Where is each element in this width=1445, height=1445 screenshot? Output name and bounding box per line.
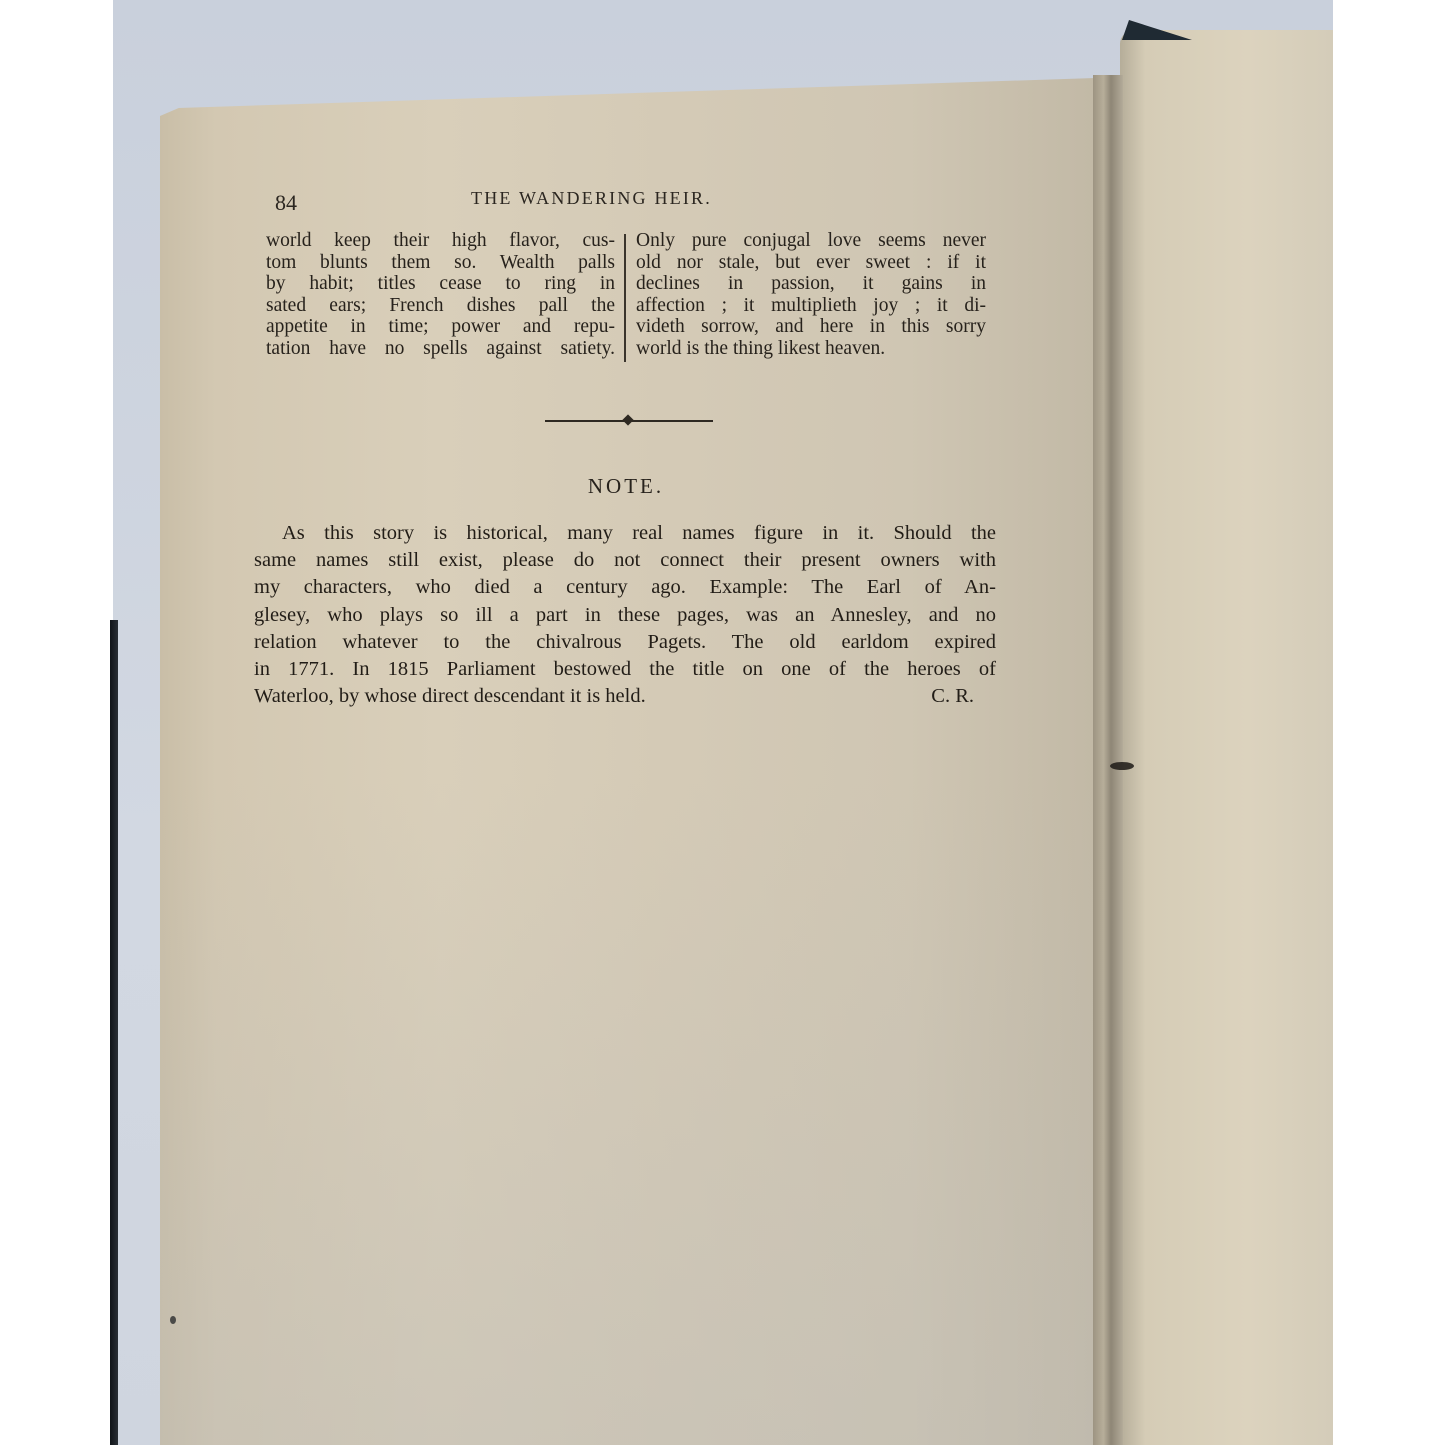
note-line: Waterloo, by whose direct descendant it …: [254, 685, 646, 707]
left-column: world keep their high flavor, cus- tom b…: [266, 230, 615, 360]
text-line: world is the thing likest heaven.: [636, 338, 986, 360]
author-signature: C. R.: [931, 683, 974, 710]
book-cover-edge: [110, 620, 118, 1445]
column-divider: [624, 234, 626, 362]
paper-speck: [170, 1316, 176, 1324]
page-number: 84: [275, 190, 297, 216]
text-line: sated ears; French dishes pall the: [266, 295, 615, 317]
text-line: affection ; it multiplieth joy ; it di-: [636, 295, 986, 317]
note-line: relation whatever to the chivalrous Page…: [254, 629, 996, 656]
note-line: same names still exist, please do not co…: [254, 547, 996, 574]
text-line: by habit; titles cease to ring in: [266, 273, 615, 295]
text-line: world keep their high flavor, cus-: [266, 230, 615, 252]
diamond-icon: [622, 414, 633, 425]
text-line: appetite in time; power and repu-: [266, 316, 615, 338]
running-head: 84 THE WANDERING HEIR.: [275, 186, 995, 216]
section-divider-ornament: [545, 416, 713, 426]
text-line: old nor stale, but ever sweet : if it: [636, 252, 986, 274]
note-body: As this story is historical, many real n…: [254, 520, 996, 710]
note-line: As this story is historical, many real n…: [254, 520, 996, 547]
text-line: videth sorrow, and here in this sorry: [636, 316, 986, 338]
text-line: tom blunts them so. Wealth palls: [266, 252, 615, 274]
page-shading: [160, 780, 1095, 1445]
book-gutter: [1093, 75, 1123, 1445]
note-line: my characters, who died a century ago. E…: [254, 574, 996, 601]
text-line: declines in passion, it gains in: [636, 273, 986, 295]
running-title: THE WANDERING HEIR.: [471, 188, 712, 209]
right-column: Only pure conjugal love seems never old …: [636, 230, 986, 360]
two-column-text: world keep their high flavor, cus- tom b…: [266, 230, 996, 372]
note-line: glesey, who plays so ill a part in these…: [254, 602, 996, 629]
text-line: Only pure conjugal love seems never: [636, 230, 986, 252]
note-heading: NOTE.: [0, 474, 1252, 499]
note-line: in 1771. In 1815 Parliament bestowed the…: [254, 656, 996, 683]
note-line-final: Waterloo, by whose direct descendant it …: [254, 683, 996, 710]
facing-page-edge: [1120, 30, 1333, 1445]
text-line: tation have no spells against satiety.: [266, 338, 615, 360]
ink-stain: [1110, 762, 1134, 770]
